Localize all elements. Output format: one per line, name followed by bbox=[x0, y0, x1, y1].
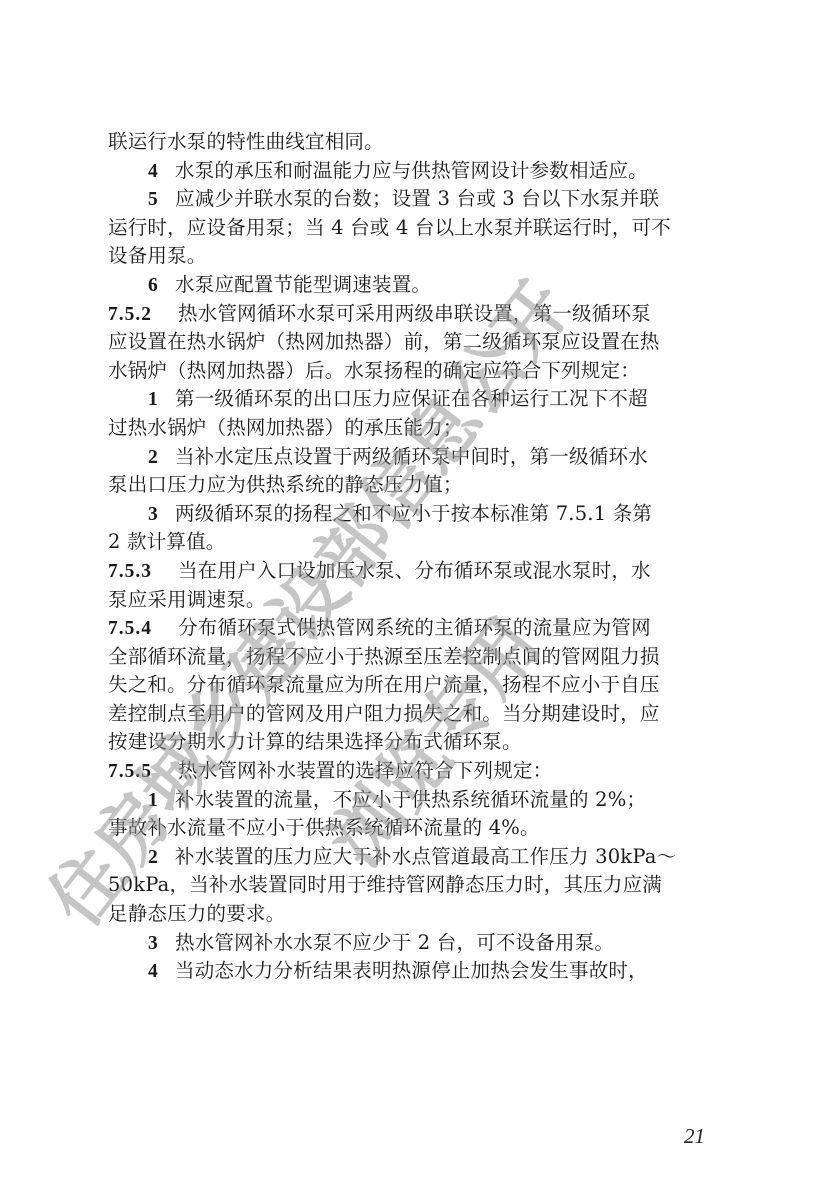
line-text: 按建设分期水力计算的结果选择分布式循环泵。 bbox=[108, 730, 522, 753]
clause-line: 7.5.3当在用户入口设加压水泵、分布循环泵或混水泵时，水 bbox=[108, 557, 720, 586]
text-line: 差控制点至用户的管网及用户阻力损失之和。当分期建设时，应 bbox=[108, 700, 720, 729]
line-text: 当补水定压点设置于两级循环泵中间时，第一级循环水 bbox=[175, 445, 648, 468]
line-text: 应设置在热水锅炉（热网加热器）前，第二级循环泵应设置在热 bbox=[108, 330, 660, 353]
item-number: 3 bbox=[148, 501, 175, 530]
line-text: 足静态压力的要求。 bbox=[108, 902, 285, 925]
text-line: 2 款计算值。 bbox=[108, 528, 720, 557]
page-number: 21 bbox=[684, 1124, 705, 1149]
line-text: 设备用泵。 bbox=[108, 244, 207, 267]
text-line: 全部循环流量，扬程不应小于热源至压差控制点间的管网阻力损 bbox=[108, 643, 720, 672]
line-text: 第一级循环泵的出口压力应保证在各种运行工况下不超 bbox=[175, 387, 648, 410]
item-number: 5 bbox=[148, 186, 175, 215]
text-line: 失之和。分布循环泵流量应为所在用户流量，扬程不应小于自压 bbox=[108, 671, 720, 700]
list-item-line: 5应减少并联水泵的台数；设置 3 台或 3 台以下水泵并联 bbox=[108, 185, 720, 214]
line-text: 事故补水流量不应小于供热系统循环流量的 4%。 bbox=[108, 816, 540, 839]
clause-number: 7.5.5 bbox=[108, 758, 178, 787]
text-line: 运行时，应设备用泵；当 4 台或 4 台以上水泵并联运行时，可不 bbox=[108, 214, 720, 243]
text-line: 设备用泵。 bbox=[108, 242, 720, 271]
line-text: 热水管网补水水泵不应少于 2 台，可不设备用泵。 bbox=[175, 931, 614, 954]
text-line: 应设置在热水锅炉（热网加热器）前，第二级循环泵应设置在热 bbox=[108, 328, 720, 357]
line-text: 联运行水泵的特性曲线宜相同。 bbox=[108, 130, 384, 153]
line-text: 水泵的承压和耐温能力应与供热管网设计参数相适应。 bbox=[175, 159, 648, 182]
clause-line: 7.5.4分布循环泵式供热管网系统的主循环泵的流量应为管网 bbox=[108, 614, 720, 643]
line-text: 当在用户入口设加压水泵、分布循环泵或混水泵时，水 bbox=[178, 559, 651, 582]
text-line: 泵出口压力应为供热系统的静态压力值； bbox=[108, 471, 720, 500]
item-number: 4 bbox=[148, 958, 175, 987]
line-text: 水泵应配置节能型调速装置。 bbox=[175, 273, 431, 296]
item-number: 4 bbox=[148, 158, 175, 187]
clause-line: 7.5.2热水管网循环水泵可采用两级串联设置，第一级循环泵 bbox=[108, 300, 720, 329]
line-text: 两级循环泵的扬程之和不应小于按本标准第 7.5.1 条第 bbox=[175, 502, 652, 525]
line-text: 当动态水力分析结果表明热源停止加热会发生事故时， bbox=[175, 959, 648, 982]
item-number: 6 bbox=[148, 272, 175, 301]
text-line: 事故补水流量不应小于供热系统循环流量的 4%。 bbox=[108, 814, 720, 843]
line-text: 运行时，应设备用泵；当 4 台或 4 台以上水泵并联运行时，可不 bbox=[108, 216, 671, 239]
line-text: 泵出口压力应为供热系统的静态压力值； bbox=[108, 473, 463, 496]
line-text: 补水装置的流量，不应小于供热系统循环流量的 2%； bbox=[175, 788, 646, 811]
item-number: 2 bbox=[148, 844, 175, 873]
list-item-line: 3两级循环泵的扬程之和不应小于按本标准第 7.5.1 条第 bbox=[108, 500, 720, 529]
list-item-line: 2当补水定压点设置于两级循环泵中间时，第一级循环水 bbox=[108, 443, 720, 472]
line-text: 差控制点至用户的管网及用户阻力损失之和。当分期建设时，应 bbox=[108, 702, 660, 725]
line-text: 失之和。分布循环泵流量应为所在用户流量，扬程不应小于自压 bbox=[108, 673, 660, 696]
list-item-line: 1补水装置的流量，不应小于供热系统循环流量的 2%； bbox=[108, 786, 720, 815]
text-line: 过热水锅炉（热网加热器）的承压能力； bbox=[108, 414, 720, 443]
document-page: 联运行水泵的特性曲线宜相同。4水泵的承压和耐温能力应与供热管网设计参数相适应。5… bbox=[0, 0, 828, 1198]
text-line: 足静态压力的要求。 bbox=[108, 900, 720, 929]
clause-number: 7.5.3 bbox=[108, 558, 178, 587]
list-item-line: 4当动态水力分析结果表明热源停止加热会发生事故时， bbox=[108, 957, 720, 986]
text-line: 泵应采用调速泵。 bbox=[108, 586, 720, 615]
text-line: 水锅炉（热网加热器）后。水泵扬程的确定应符合下列规定： bbox=[108, 357, 720, 386]
item-number: 1 bbox=[148, 386, 175, 415]
item-number: 1 bbox=[148, 787, 175, 816]
line-text: 泵应采用调速泵。 bbox=[108, 588, 266, 611]
line-text: 热水管网循环水泵可采用两级串联设置，第一级循环泵 bbox=[178, 302, 651, 325]
list-item-line: 3热水管网补水水泵不应少于 2 台，可不设备用泵。 bbox=[108, 929, 720, 958]
line-text: 补水装置的压力应大于补水点管道最高工作压力 30kPa～ bbox=[175, 845, 676, 868]
text-line: 50kPa，当补水装置同时用于维持管网静态压力时，其压力应满 bbox=[108, 871, 720, 900]
list-item-line: 1第一级循环泵的出口压力应保证在各种运行工况下不超 bbox=[108, 385, 720, 414]
line-text: 热水管网补水装置的选择应符合下列规定： bbox=[178, 759, 552, 782]
line-text: 水锅炉（热网加热器）后。水泵扬程的确定应符合下列规定： bbox=[108, 359, 640, 382]
line-text: 全部循环流量，扬程不应小于热源至压差控制点间的管网阻力损 bbox=[108, 645, 660, 668]
text-line: 联运行水泵的特性曲线宜相同。 bbox=[108, 128, 720, 157]
item-number: 2 bbox=[148, 444, 175, 473]
line-text: 过热水锅炉（热网加热器）的承压能力； bbox=[108, 416, 463, 439]
line-text: 应减少并联水泵的台数；设置 3 台或 3 台以下水泵并联 bbox=[175, 187, 659, 210]
list-item-line: 6水泵应配置节能型调速装置。 bbox=[108, 271, 720, 300]
list-item-line: 4水泵的承压和耐温能力应与供热管网设计参数相适应。 bbox=[108, 157, 720, 186]
body-text: 联运行水泵的特性曲线宜相同。4水泵的承压和耐温能力应与供热管网设计参数相适应。5… bbox=[108, 128, 720, 986]
line-text: 2 款计算值。 bbox=[108, 530, 226, 553]
list-item-line: 2补水装置的压力应大于补水点管道最高工作压力 30kPa～ bbox=[108, 843, 720, 872]
item-number: 3 bbox=[148, 930, 175, 959]
line-text: 50kPa，当补水装置同时用于维持管网静态压力时，其压力应满 bbox=[108, 873, 662, 896]
line-text: 分布循环泵式供热管网系统的主循环泵的流量应为管网 bbox=[178, 616, 651, 639]
clause-number: 7.5.2 bbox=[108, 301, 178, 330]
clause-number: 7.5.4 bbox=[108, 615, 178, 644]
clause-line: 7.5.5热水管网补水装置的选择应符合下列规定： bbox=[108, 757, 720, 786]
text-line: 按建设分期水力计算的结果选择分布式循环泵。 bbox=[108, 728, 720, 757]
